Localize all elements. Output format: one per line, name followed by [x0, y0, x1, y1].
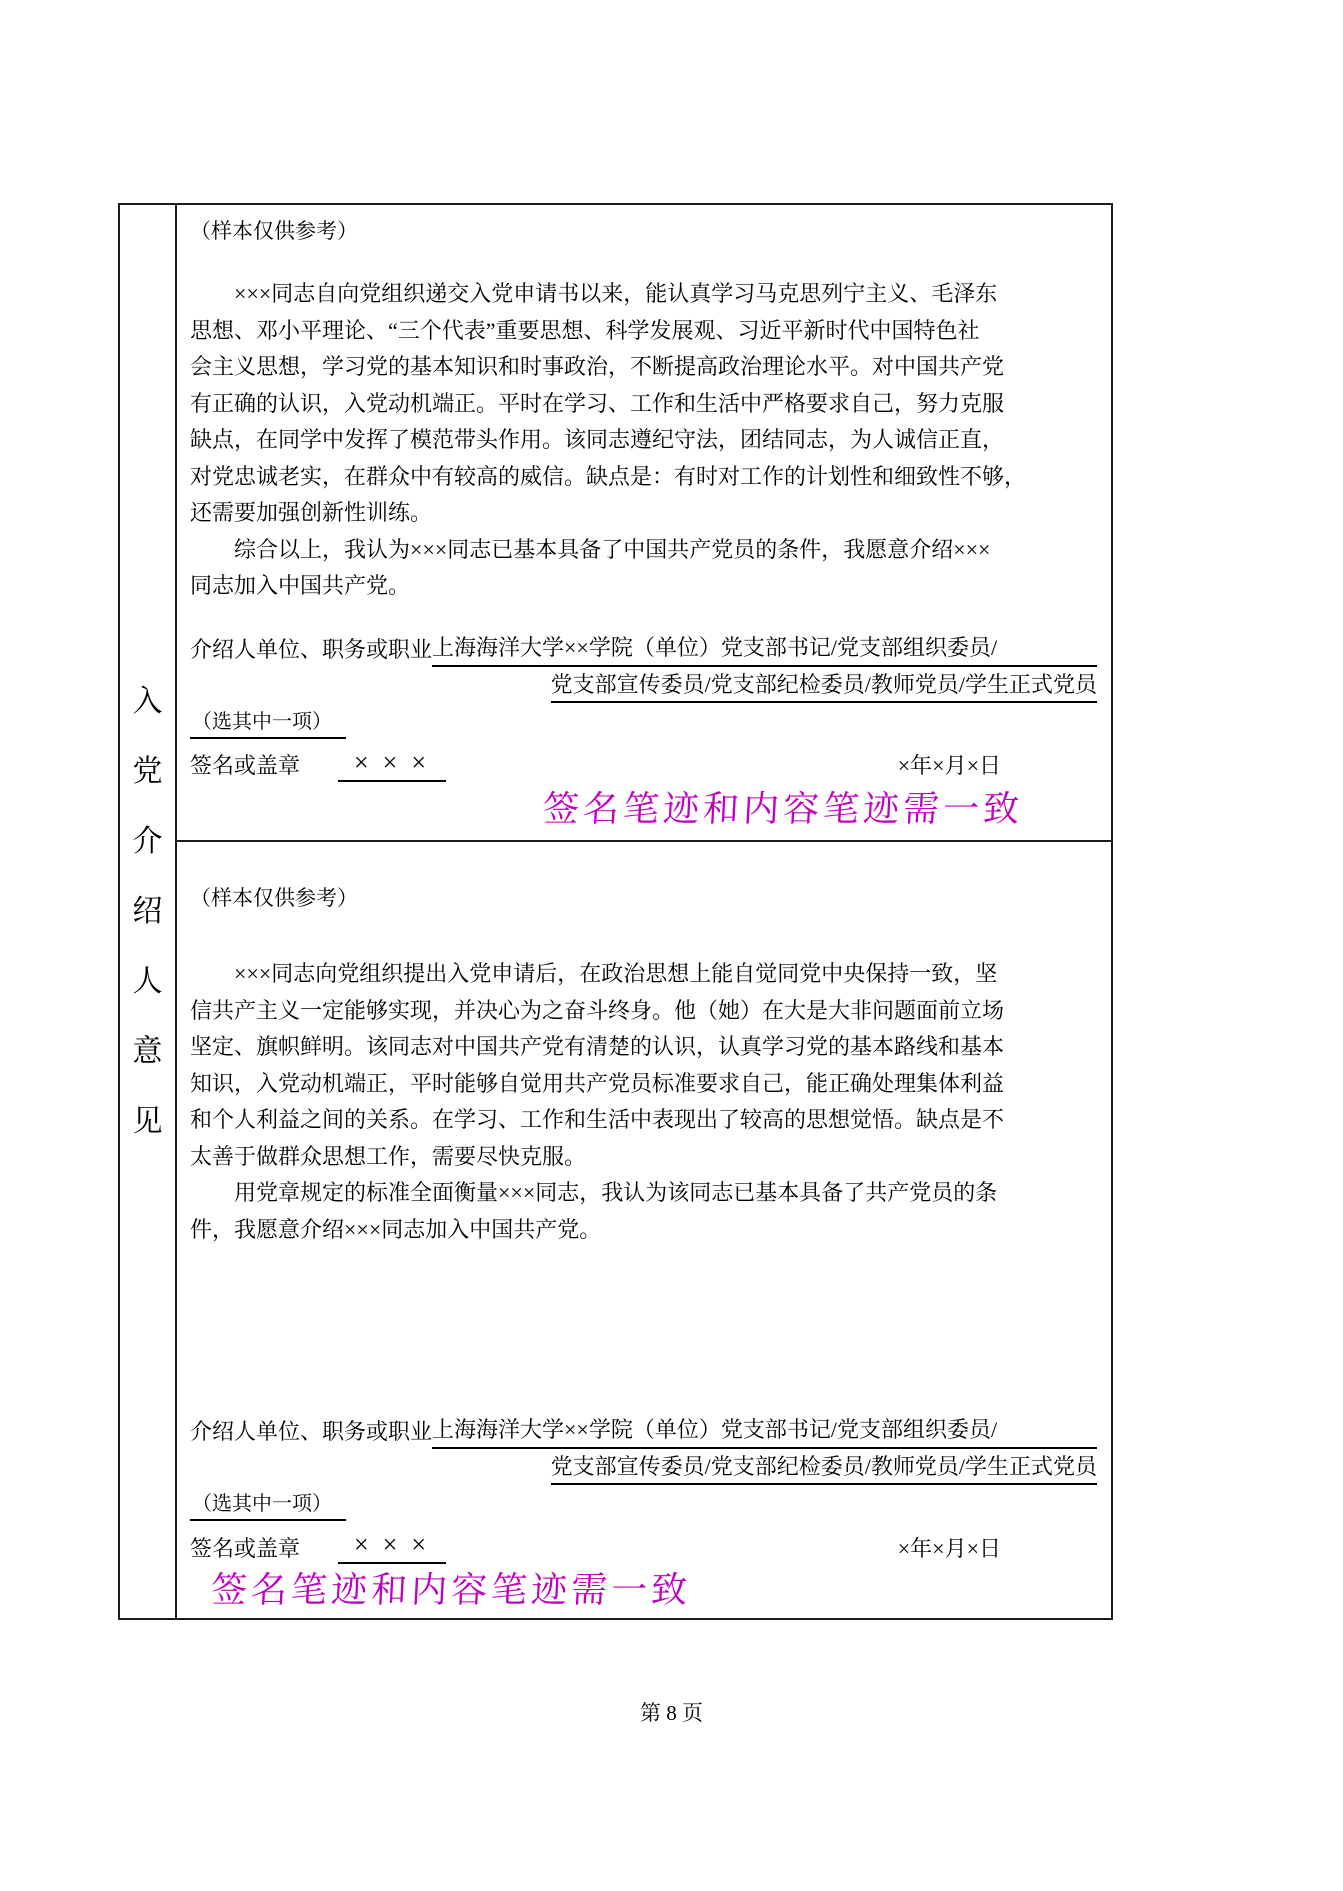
date-value: ×年×月×日 — [898, 749, 1001, 780]
text-line: 和个人利益之间的关系。在学习、工作和生活中表现出了较高的思想觉悟。缺点是不 — [190, 1102, 1097, 1139]
text-line: 太善于做群众思想工作，需要尽快克服。 — [190, 1139, 1097, 1176]
page-number: 第 8 页 — [0, 1697, 1343, 1727]
text-line: 信共产主义一定能够实现，并决心为之奋斗终身。他（她）在大是大非问题面前立场 — [190, 993, 1097, 1030]
introducer-unit-value: 上海海洋大学××学院（单位）党支部书记/党支部组织委员/ — [432, 1413, 1097, 1449]
row-header-vertical-label: 入党介绍人意见 — [120, 205, 177, 1618]
row-label-char: 介 — [133, 825, 163, 859]
introducer-roles-row: 党支部宣传委员/党支部纪检委员/教师党员/学生正式党员 — [190, 1449, 1097, 1485]
text-line: 思想、邓小平理论、“三个代表”重要思想、科学发展观、习近平新时代中国特色社 — [190, 313, 1097, 350]
introducer-roles-row: 党支部宣传委员/党支部纪检委员/教师党员/学生正式党员 — [190, 667, 1097, 703]
text-line: 对党忠诚老实，在群众中有较高的威信。缺点是：有时对工作的计划性和细致性不够， — [190, 459, 1097, 496]
text-line: 知识，入党动机端正，平时能够自觉用共产党员标准要求自己，能正确处理集体利益 — [190, 1066, 1097, 1103]
introducer-roles-value: 党支部宣传委员/党支部纪检委员/教师党员/学生正式党员 — [551, 1451, 1097, 1485]
signature-row: 签名或盖章 ××× ×年×月×日 — [190, 1527, 1097, 1567]
text-line: 还需要加强创新性训练。 — [190, 495, 1097, 532]
text-line: ×××同志自向党组织递交入党申请书以来，能认真学习马克思列宁主义、毛泽东 — [190, 276, 1097, 313]
choose-one-note: （选其中一项） — [190, 707, 346, 739]
signature-value: ××× — [338, 748, 446, 782]
sample-note: （样本仅供参考） — [190, 884, 1097, 912]
choose-one-note-row: （选其中一项） — [190, 703, 1097, 741]
signature-label: 签名或盖章 — [190, 1532, 300, 1563]
introducer-unit-label: 介绍人单位、职务或职业 — [190, 633, 432, 667]
text-line: 用党章规定的标准全面衡量×××同志，我认为该同志已基本具备了共产党员的条 — [190, 1175, 1097, 1212]
introducer-unit-row: 介绍人单位、职务或职业 上海海洋大学××学院（单位）党支部书记/党支部组织委员/ — [190, 631, 1097, 667]
text-line: 综合以上，我认为×××同志已基本具备了中国共产党员的条件，我愿意介绍××× — [190, 532, 1097, 569]
introducer-1-section: （样本仅供参考） ×××同志自向党组织递交入党申请书以来，能认真学习马克思列宁主… — [177, 205, 1111, 842]
text-line: 会主义思想，学习党的基本知识和时事政治，不断提高政治理论水平。对中国共产党 — [190, 349, 1097, 386]
introducer-unit-row: 介绍人单位、职务或职业 上海海洋大学××学院（单位）党支部书记/党支部组织委员/ — [190, 1413, 1097, 1449]
conclusion-paragraph: 用党章规定的标准全面衡量×××同志，我认为该同志已基本具备了共产党员的条件，我愿… — [190, 1175, 1097, 1248]
text-line: ×××同志向党组织提出入党申请后，在政治思想上能自觉同党中央保持一致，坚 — [190, 956, 1097, 993]
conclusion-paragraph: 综合以上，我认为×××同志已基本具备了中国共产党员的条件，我愿意介绍×××同志加… — [190, 532, 1097, 605]
introducer-unit-value: 上海海洋大学××学院（单位）党支部书记/党支部组织委员/ — [432, 631, 1097, 667]
opinion-paragraph: ×××同志向党组织提出入党申请后，在政治思想上能自觉同党中央保持一致，坚信共产主… — [190, 956, 1097, 1175]
row-label-char: 见 — [133, 1105, 163, 1139]
introducer-roles-value: 党支部宣传委员/党支部纪检委员/教师党员/学生正式党员 — [551, 669, 1097, 703]
text-line: 有正确的认识，入党动机端正。平时在学习、工作和生活中严格要求自己，努力克服 — [190, 386, 1097, 423]
text-line: 缺点，在同学中发挥了模范带头作用。该同志遵纪守法，团结同志，为人诚信正直， — [190, 422, 1097, 459]
text-line: 同志加入中国共产党。 — [190, 568, 1097, 605]
choose-one-note: （选其中一项） — [190, 1489, 346, 1521]
handwritten-annotation: 签名笔迹和内容笔迹需一致 — [542, 788, 1099, 830]
date-value: ×年×月×日 — [898, 1532, 1001, 1563]
signature-row: 签名或盖章 ××× ×年×月×日 — [190, 745, 1097, 785]
text-line: 坚定、旗帜鲜明。该同志对中国共产党有清楚的认识，认真学习党的基本路线和基本 — [190, 1029, 1097, 1066]
signature-value: ××× — [338, 1530, 446, 1564]
row-label-char: 意 — [133, 1035, 163, 1069]
introducer-opinion-table: 入党介绍人意见 （样本仅供参考） ×××同志自向党组织递交入党申请书以来，能认真… — [118, 203, 1113, 1620]
introducer-unit-label: 介绍人单位、职务或职业 — [190, 1415, 432, 1449]
text-line: 件，我愿意介绍×××同志加入中国共产党。 — [190, 1212, 1097, 1249]
row-label-char: 党 — [133, 755, 163, 789]
row-label-char: 绍 — [133, 895, 163, 929]
sample-note: （样本仅供参考） — [190, 217, 1097, 245]
document-page: 入党介绍人意见 （样本仅供参考） ×××同志自向党组织递交入党申请书以来，能认真… — [0, 0, 1343, 1891]
signature-label: 签名或盖章 — [190, 749, 300, 780]
table-content-column: （样本仅供参考） ×××同志自向党组织递交入党申请书以来，能认真学习马克思列宁主… — [177, 205, 1111, 1618]
handwritten-annotation: 签名笔迹和内容笔迹需一致 — [210, 1569, 1099, 1611]
opinion-paragraph: ×××同志自向党组织递交入党申请书以来，能认真学习马克思列宁主义、毛泽东思想、邓… — [190, 276, 1097, 532]
row-label-char: 人 — [133, 965, 163, 999]
row-label-char: 入 — [133, 685, 163, 719]
choose-one-note-row: （选其中一项） — [190, 1485, 1097, 1523]
introducer-2-section: （样本仅供参考） ×××同志向党组织提出入党申请后，在政治思想上能自觉同党中央保… — [177, 842, 1111, 1618]
